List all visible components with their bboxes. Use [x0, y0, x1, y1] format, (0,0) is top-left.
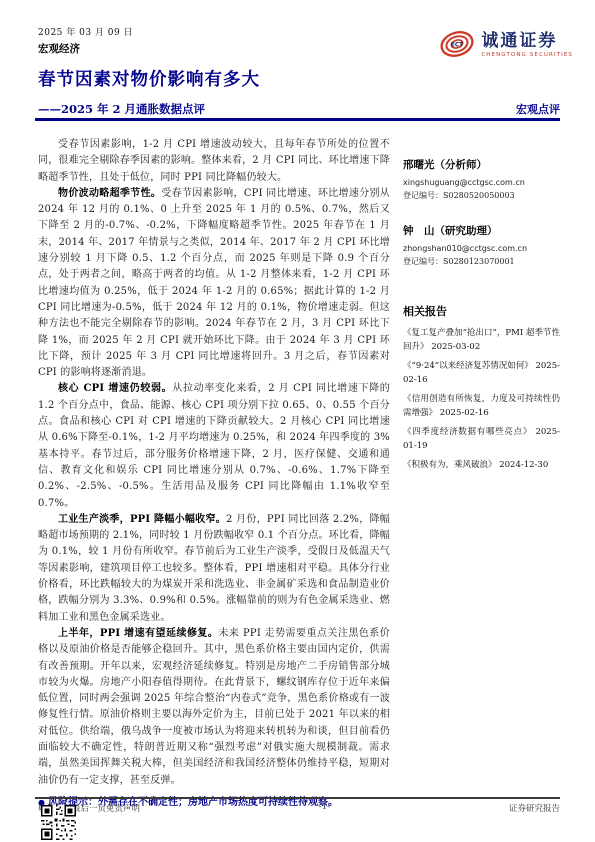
analyst-email: zhongshan010@cctgsc.com.cn [403, 244, 560, 253]
report-subtitle: ——2025 年 2 月通胀数据点评 [38, 101, 205, 117]
qr-code [41, 805, 76, 840]
sidebar: 邢曙光（分析师） xingshuguang@cctgsc.com.cn 登记编号… [403, 137, 560, 811]
related-report-title: 《复工复产叠加“抢出口”，PMI 超季节性回升》 [403, 328, 560, 352]
body-paragraph: 工业生产淡季，PPI 降幅小幅收窄。2 月份，PPI 同比回落 2.2%，降幅略… [38, 512, 390, 626]
related-report-title: 《“9·24”以来经济复苏情况如何》 [403, 361, 533, 371]
report-type-label: 宏观点评 [516, 101, 560, 117]
analyst-registration: 登记编号：S0280520050003 [403, 190, 560, 201]
footer-page-number: -1- [319, 802, 330, 814]
paragraph-list: 受春节因素影响，1-2 月 CPI 增速波动较大，且每年春节所处的位置不同，很难… [38, 137, 390, 789]
logo-wordmark: 诚通证券 CHENGTONG SECURITIES [481, 33, 573, 59]
related-report-title: 《四季度经济数据有哪些亮点》 [403, 427, 532, 437]
paragraph-text: 2 月份，PPI 同比回落 2.2%，降幅略超市场预期的 2.1%，同时较 1 … [38, 514, 390, 623]
paragraph-text: 受春节因素影响，CPI 同比增速、环比增速分别从 2024 年 12 月的 0.… [38, 188, 390, 378]
logo-name-cn: 诚通证券 [481, 33, 573, 50]
paragraph-text: 从拉动率变化来看，2 月 CPI 同比增速下降的 1.2 个百分点中，食品、能源… [38, 383, 390, 508]
registration-number: S0280520050003 [443, 191, 515, 200]
logo-ect-text: ECT [451, 42, 463, 48]
analyst-block: 钟 山（研究助理） zhongshan010@cctgsc.com.cn 登记编… [403, 223, 560, 267]
registration-label: 登记编号： [403, 191, 443, 200]
analyst-list: 邢曙光（分析师） xingshuguang@cctgsc.com.cn 登记编号… [403, 157, 560, 267]
related-report-date: 2025-02-16 [437, 408, 489, 418]
footer-rule [35, 797, 560, 799]
related-report-item: 《“9·24”以来经济复苏情况如何》 2025-02-16 [403, 360, 560, 387]
analyst-registration: 登记编号：S0280123070001 [403, 256, 560, 267]
related-report-list: 《复工复产叠加“抢出口”，PMI 超季节性回升》 2025-03-02 《“9·… [403, 327, 560, 473]
related-report-item: 《复工复产叠加“抢出口”，PMI 超季节性回升》 2025-03-02 [403, 327, 560, 354]
registration-number: S0280123070001 [443, 257, 515, 266]
body-paragraph: 受春节因素影响，1-2 月 CPI 增速波动较大，且每年春节所处的位置不同，很难… [38, 137, 390, 186]
company-logo: ECT 诚通证券 CHENGTONG SECURITIES [439, 26, 573, 66]
logo-name-en: CHENGTONG SECURITIES [481, 53, 573, 59]
report-body: 受春节因素影响，1-2 月 CPI 增速波动较大，且每年春节所处的位置不同，很难… [38, 137, 390, 811]
paragraph-lead: 物价波动略超季节性。 [58, 188, 161, 199]
chengtong-swirl-icon: ECT [439, 26, 475, 66]
related-reports-heading: 相关报告 [403, 303, 560, 319]
report-page: 2025 年 03 月 09 日 宏观经济 ECT 诚通证券 CHENGTONG… [0, 0, 595, 842]
related-report-item: 《信用创造有所恢复，力度及可持续性仍需增强》 2025-02-16 [403, 393, 560, 420]
paragraph-lead: 工业生产淡季，PPI 降幅小幅收窄。 [58, 514, 226, 525]
footer-doc-type: 证券研究报告 [509, 802, 560, 814]
analyst-email: xingshuguang@cctgsc.com.cn [403, 178, 560, 187]
registration-label: 登记编号： [403, 257, 443, 266]
report-date: 2025 年 03 月 09 日 [38, 25, 133, 38]
related-report-title: 《积极有为，乘风破浪》 [403, 460, 497, 470]
related-report-item: 《四季度经济数据有哪些亮点》 2025-01-19 [403, 426, 560, 453]
body-paragraph: 核心 CPI 增速仍较弱。从拉动率变化来看，2 月 CPI 同比增速下降的 1.… [38, 381, 390, 511]
related-report-date: 2025-03-02 [429, 342, 481, 352]
header-rule [35, 118, 560, 121]
paragraph-lead: 核心 CPI 增速仍较弱。 [58, 383, 172, 394]
page-title: 春节因素对物价影响有多大 [38, 66, 260, 91]
report-category: 宏观经济 [38, 41, 80, 56]
content-columns: 受春节因素影响，1-2 月 CPI 增速波动较大，且每年春节所处的位置不同，很难… [38, 137, 560, 811]
paragraph-text: 未来 PPI 走势需要重点关注黑色系价格以及原油价格是否能够企稳回升。其中，黑色… [38, 628, 390, 786]
footer-row: 敬请参阅最后一页免责声明 -1- 证券研究报告 [38, 802, 560, 814]
related-report-item: 《积极有为，乘风破浪》 2024-12-30 [403, 459, 560, 473]
subtitle-row: ——2025 年 2 月通胀数据点评 宏观点评 [38, 101, 560, 117]
analyst-name: 邢曙光（分析师） [403, 157, 560, 172]
analyst-block: 邢曙光（分析师） xingshuguang@cctgsc.com.cn 登记编号… [403, 157, 560, 201]
paragraph-lead: 上半年，PPI 增速有望延续修复。 [58, 628, 218, 639]
body-paragraph: 物价波动略超季节性。受春节因素影响，CPI 同比增速、环比增速分别从 2024 … [38, 186, 390, 382]
analyst-name: 钟 山（研究助理） [403, 223, 560, 238]
related-report-date: 2024-12-30 [497, 460, 549, 470]
body-paragraph: 上半年，PPI 增速有望延续修复。未来 PPI 走势需要重点关注黑色系价格以及原… [38, 626, 390, 789]
paragraph-text: 受春节因素影响，1-2 月 CPI 增速波动较大，且每年春节所处的位置不同，很难… [38, 139, 390, 183]
